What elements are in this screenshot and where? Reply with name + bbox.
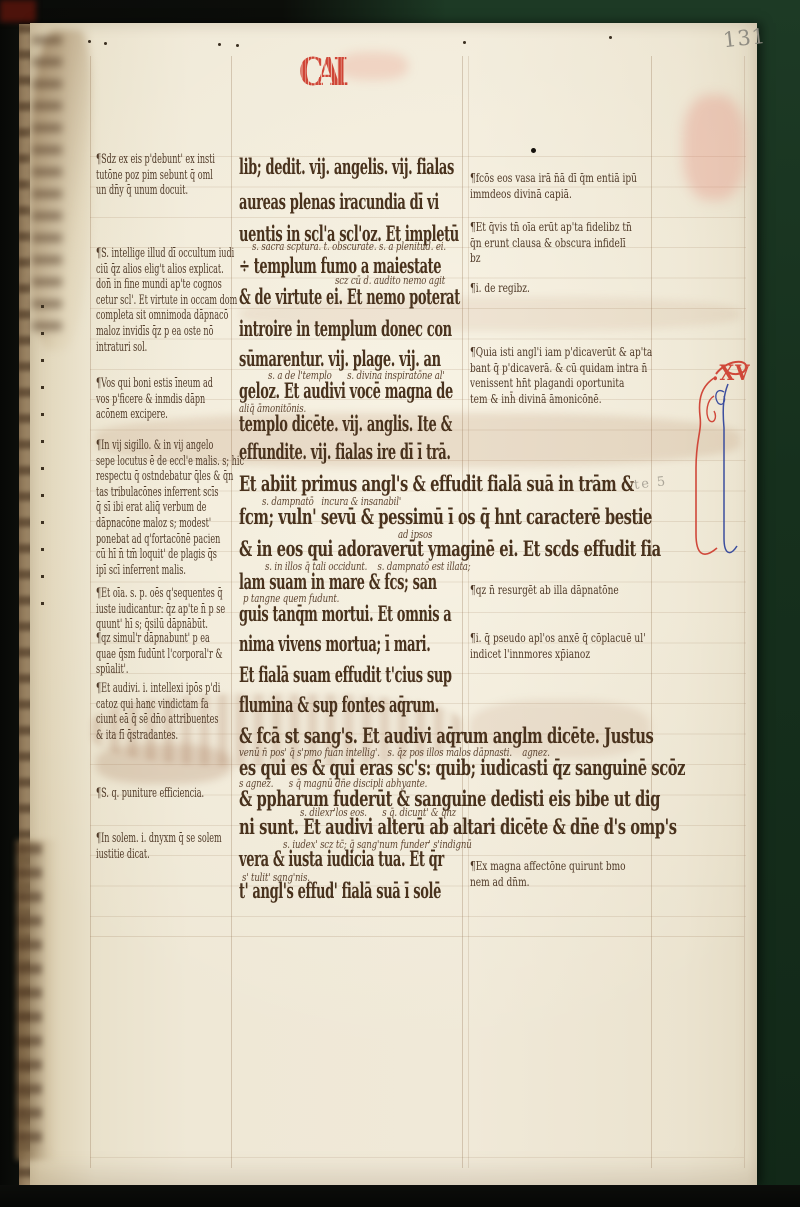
bleedthrough-stain xyxy=(96,744,231,784)
binding-corner-spot xyxy=(0,0,36,22)
scripture-line: guis tanq̄m mortui. Et omnis a xyxy=(239,603,451,625)
interlinear-gloss: s. in illos q̄ tali occidunt. s. dampnat… xyxy=(265,560,470,573)
interlinear-gloss: aliq̄ āmonitōnis. xyxy=(239,402,306,415)
interlinear-gloss: ad ipsos xyxy=(398,528,432,541)
pricking-dot xyxy=(218,43,221,46)
gloss-paragraph: ¶fcōs eos vasa irā n̄ā dī q̄m entiā ipū … xyxy=(470,171,637,202)
ruling-line xyxy=(90,1157,744,1158)
pricking-dot xyxy=(463,41,466,44)
gloss-paragraph: ¶Sdz ex eis p'debunt' ex insti tutōne po… xyxy=(96,152,215,199)
gloss-paragraph: ¶Et q̄vis tn̄ oīa erūt ap'ta fidelibz tn… xyxy=(470,220,632,267)
scripture-line: lib; dedit. vij. angelis. vij. fialas xyxy=(239,156,454,178)
show-through-marks xyxy=(32,36,62,337)
interlinear-gloss: p tangne quem fudunt. xyxy=(243,592,339,605)
scripture-line: vera & iusta iudicia tua. Et q̄r xyxy=(239,848,444,870)
binding-shadow-top xyxy=(0,0,470,24)
scripture-line: nima vivens mortua; ī mari. xyxy=(239,633,430,655)
scripture-line: aureas plenas iracundia dī vi xyxy=(239,191,439,213)
gloss-paragraph: ¶In solem. i. dnyxm q̄ se solem iustitie… xyxy=(96,831,222,862)
marginal-flourish xyxy=(686,356,762,571)
pricking-dot xyxy=(88,40,91,43)
scripture-line: Et fialā suam effudit t'cius sup xyxy=(239,664,452,686)
interlinear-gloss: venū n̄ pos' q̄ s'pmo fuān intellig'. s.… xyxy=(239,746,550,759)
scripture-line: effundite. vij. fialas ire dī ī trā. xyxy=(239,441,450,463)
rubric-monogram: CAL xyxy=(299,49,348,94)
ruling-line-vertical xyxy=(90,56,91,1168)
interlinear-gloss: s' tulit' sang'nis. xyxy=(242,871,310,884)
scripture-line: flumina & sup fontes aq̄rum. xyxy=(239,694,439,716)
gloss-paragraph: ¶Vos qui boni estis īneum ad vos p'ficer… xyxy=(96,376,213,423)
gloss-paragraph: ¶Et oīa. s. p. oēs q'sequentes q̄ iuste … xyxy=(96,586,225,633)
red-offset-smudge xyxy=(683,95,745,200)
curled-page-corner-top xyxy=(30,30,92,350)
gloss-paragraph: ¶qz n̄ resurgēt ab illa dāpnatōne xyxy=(470,583,619,599)
pricking-dot xyxy=(609,36,612,39)
gloss-paragraph: ¶S. intellige illud dī occultum iudi ciū… xyxy=(96,246,237,355)
gloss-paragraph: ¶i. de regibz. xyxy=(470,281,530,297)
ruling-line-vertical xyxy=(462,56,463,1168)
gloss-paragraph: ¶Ex magna affectōne quirunt bmo nem ad d… xyxy=(470,859,626,890)
pricking-dot xyxy=(104,42,107,45)
ruling-line-vertical xyxy=(468,56,469,1168)
scripture-line: geloz. Et audivi vocē magna de xyxy=(239,380,453,402)
gloss-paragraph: ¶Et audivi. i. intellexi ipōs p'di catoz… xyxy=(96,681,220,743)
interlinear-gloss: s. iudex' scz tc̄; q̄ sang'num funder' s… xyxy=(283,838,472,851)
interlinear-gloss: s. dampnatō incura & insanabil' xyxy=(262,495,401,508)
red-offset-smudge xyxy=(338,52,408,80)
scripture-line: Et abiit primus angl's & effudit fialā s… xyxy=(239,473,634,495)
pricking-dot xyxy=(236,44,239,47)
scripture-line: ni sunt. Et audivi alterū ab altari dicē… xyxy=(239,816,677,838)
scripture-line: lam suam in mare & fcs; san xyxy=(239,571,437,593)
folio-number: 131 xyxy=(722,24,767,52)
ruling-line xyxy=(90,936,744,937)
interlinear-gloss: scz cū d. audito nemo agit xyxy=(335,274,445,287)
show-through-marks xyxy=(16,844,42,1151)
scripture-line: sūmarentur. vij. plage. vij. an xyxy=(239,348,441,370)
gloss-paragraph: ¶S. q. puniture efficiencia. xyxy=(96,786,204,802)
binding-shadow-bottom xyxy=(0,1185,800,1207)
scripture-line: fcm; vuln' sevū & pessimū ī os q̄ hnt ca… xyxy=(239,506,652,528)
ruling-line-vertical xyxy=(231,56,232,1168)
scripture-line: templo dicēte. vij. anglis. Ite & xyxy=(239,413,452,435)
scripture-line: & in eos qui adoraverūt ymaginē ei. Et s… xyxy=(239,538,661,560)
ink-dot xyxy=(531,148,536,153)
interlinear-gloss: s. a de l'templo s. divina inspiratōne a… xyxy=(268,369,445,382)
scripture-line: es qui es & qui eras sc's: quib; iudicas… xyxy=(239,757,685,779)
gloss-paragraph: ¶Quia isti angl'i iam p'dicaverūt & ap't… xyxy=(470,345,652,407)
ruling-line-vertical xyxy=(744,56,745,1168)
interlinear-gloss: s agnez. s q̄ magnū dn̄e discipli abhyan… xyxy=(239,777,427,790)
scripture-line: & de virtute ei. Et nemo poterat xyxy=(239,286,460,308)
manuscript-photo: CAL 131 te 5 .XV ¶Sdz ex eis p'debunt' e… xyxy=(0,0,800,1207)
curled-page-corner-bottom xyxy=(16,840,58,1160)
scripture-line: introire in templum donec con xyxy=(239,318,452,340)
pricking-dot-column xyxy=(41,305,44,605)
gloss-paragraph: ¶qz simul'r dāpnabunt' p ea quae q̄sm fu… xyxy=(96,631,223,678)
ruling-line-vertical xyxy=(651,56,652,1168)
scripture-line: & fcā st sang's. Et audivi aq̄rum anglm … xyxy=(239,725,653,747)
gloss-paragraph: ¶i. q̄ pseudo apl'os anxē q̄ cōplacuē ul… xyxy=(470,631,646,662)
interlinear-gloss: s. dilexr'los eos. s q̄. dicunt' & q̄nz xyxy=(300,806,456,819)
interlinear-gloss: s. sacra scptura. t. obscurate. s. a ple… xyxy=(252,240,446,253)
gloss-paragraph: ¶In vij sigillo. & in vij angelo sepe lo… xyxy=(96,438,244,578)
